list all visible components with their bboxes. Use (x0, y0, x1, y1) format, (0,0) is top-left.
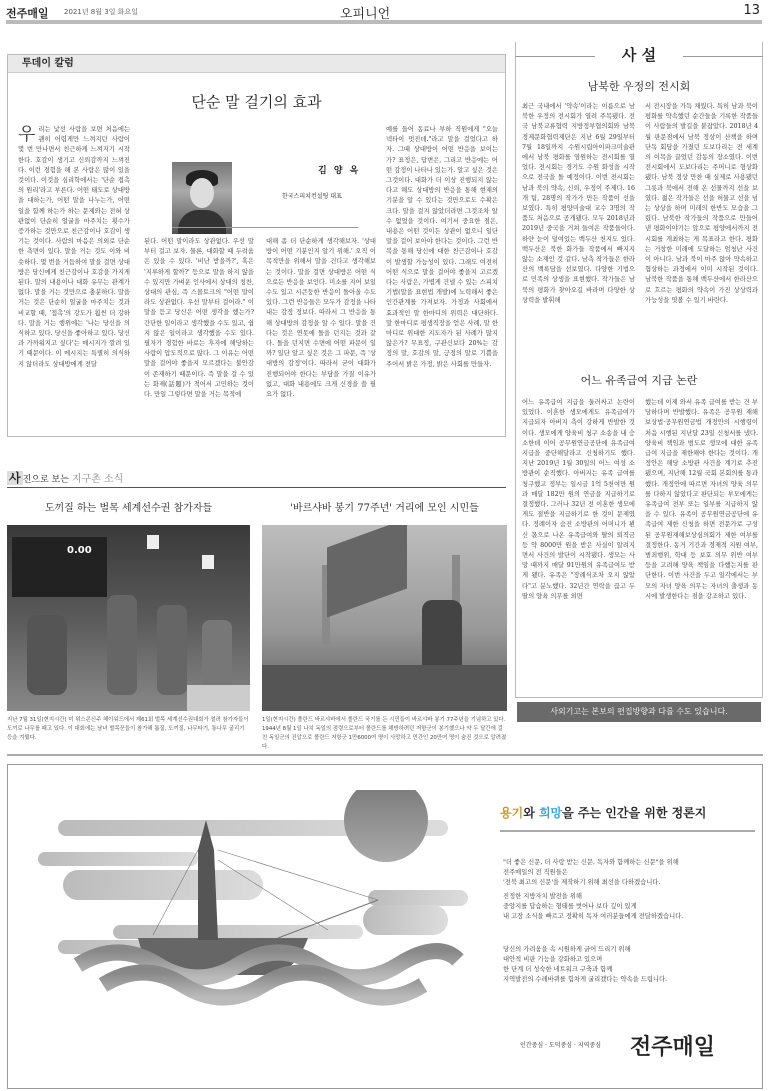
header-rule (6, 20, 762, 24)
photo-title-2: '바르샤바 봉기 77주년' 거리에 모인 시민들 (262, 499, 507, 514)
warsaw-photo (262, 525, 507, 711)
column-text-1: 우 리는 낯선 사람을 보면 처음에는 괜히 어렵게만 느껴지던 사람이 몇 번… (18, 125, 130, 370)
ad-logo: 전주매일 (630, 1030, 715, 1061)
column-text-4: 예를 들어 동료나 부하 직원에게 "오늘 넥타이 멋진데."라고 말을 걸었다… (386, 125, 498, 370)
divider (172, 227, 358, 228)
editorial-1-text-2: 서 전시장을 가득 채웠다. 특히 남과 북이 평화를 약속했던 순간들을 기록… (645, 102, 758, 306)
editorial-title-1: 남북한 우정의 전시회 (515, 78, 763, 94)
editorial-1-text-1: 최근 국내에서 '약속'이라는 이름으로 남북한 우정의 전시회가 열려 주목됐… (522, 102, 635, 306)
ad-slogan: 인간중심 · 도덕중심 · 지역중심 (520, 1040, 601, 1049)
disclaimer-banner: 사외기고는 본보의 편집방향과 다를 수도 있습니다. (517, 702, 761, 722)
newspaper-logo: 전주매일 (6, 5, 49, 21)
photo-title-1: 도끼질 하는 벌목 세계선수권 참가자들 (7, 499, 250, 514)
column-text-2: 된다. 어떤 말이라도 상관없다. 우선 말부터 걸고 보자. 물론, 대화할 … (144, 237, 254, 400)
editorial-label: 사 설 (612, 46, 666, 64)
ad-paragraph-2: 진정한 지방자치 발전을 위해 중앙지를 답습하는 형태를 벗어나 보다 깊이 … (503, 892, 683, 922)
author-photo (172, 162, 232, 234)
ad-headline: 용기와 희망을 주는 인간을 위한 정론지 (500, 804, 706, 821)
ad-rule (500, 830, 755, 832)
page-header: 전주매일 2021년 8월 3일 화요일 오피니언 13 (0, 0, 768, 26)
photo-news-section: 사진으로 보는 지구촌 소식 (7, 468, 506, 488)
issue-date: 2021년 8월 3일 화요일 (64, 7, 138, 17)
author-affiliation: 한국스피치컨설팅 대표 (282, 191, 342, 200)
ad-paragraph-1: "더 좋은 신문, 더 사랑 받는 신문, 독자와 함께하는 신문"을 위해 전… (503, 858, 679, 888)
ad-paragraph-3: 당신의 가려움을 속 시원하게 긁어 드리기 위해 대안적 비판 기능을 강화하… (503, 945, 667, 985)
photo-news-label: 사진으로 보는 지구촌 소식 (7, 468, 506, 488)
drop-cap: 우 (18, 127, 35, 143)
ship-illustration-icon (8, 790, 488, 1090)
page-number: 13 (743, 3, 760, 18)
editorial-header: 사 설 (515, 44, 763, 65)
column-label: 투데이 칼럼 (8, 55, 505, 73)
column-title: 단순 말 걸기의 효과 (8, 91, 505, 112)
lumberjack-photo: 0.00 (7, 525, 250, 711)
column-text-3: 대해 좀 더 단순하게 생각해보자. '상대방이 어떤 기분인지 알기 위해.'… (266, 237, 376, 400)
photo-caption-1: 지난 7월 31일(현지시간) 미 위스콘신주 헤이워드에서 제61회 벌목 세… (7, 716, 250, 743)
section-divider (7, 754, 763, 756)
editorial-title-2: 어느 유족급여 지급 논란 (515, 372, 763, 388)
author-name: 김 양 옥 (318, 163, 360, 176)
scoreboard-value: 0.00 (67, 545, 92, 556)
editorial-2-text-1: 어느 유족급여 지급을 둘러싸고 논란이 있었다. 이혼한 생모에게도 유족급여… (522, 398, 635, 602)
today-column: 투데이 칼럼 단순 말 걸기의 효과 우 리는 낯선 사람을 보면 처음에는 괜… (7, 54, 506, 437)
editorial-2-text-2: 했는데 이제 와서 유족 급여를 받는 건 부당하다며 반발했다. 유족은 공무… (645, 398, 758, 602)
photo-caption-2: 1일(현지시간) 폴란드 바르샤바에서 폴란드 국기를 든 시민들이 바르샤바 … (262, 716, 507, 752)
